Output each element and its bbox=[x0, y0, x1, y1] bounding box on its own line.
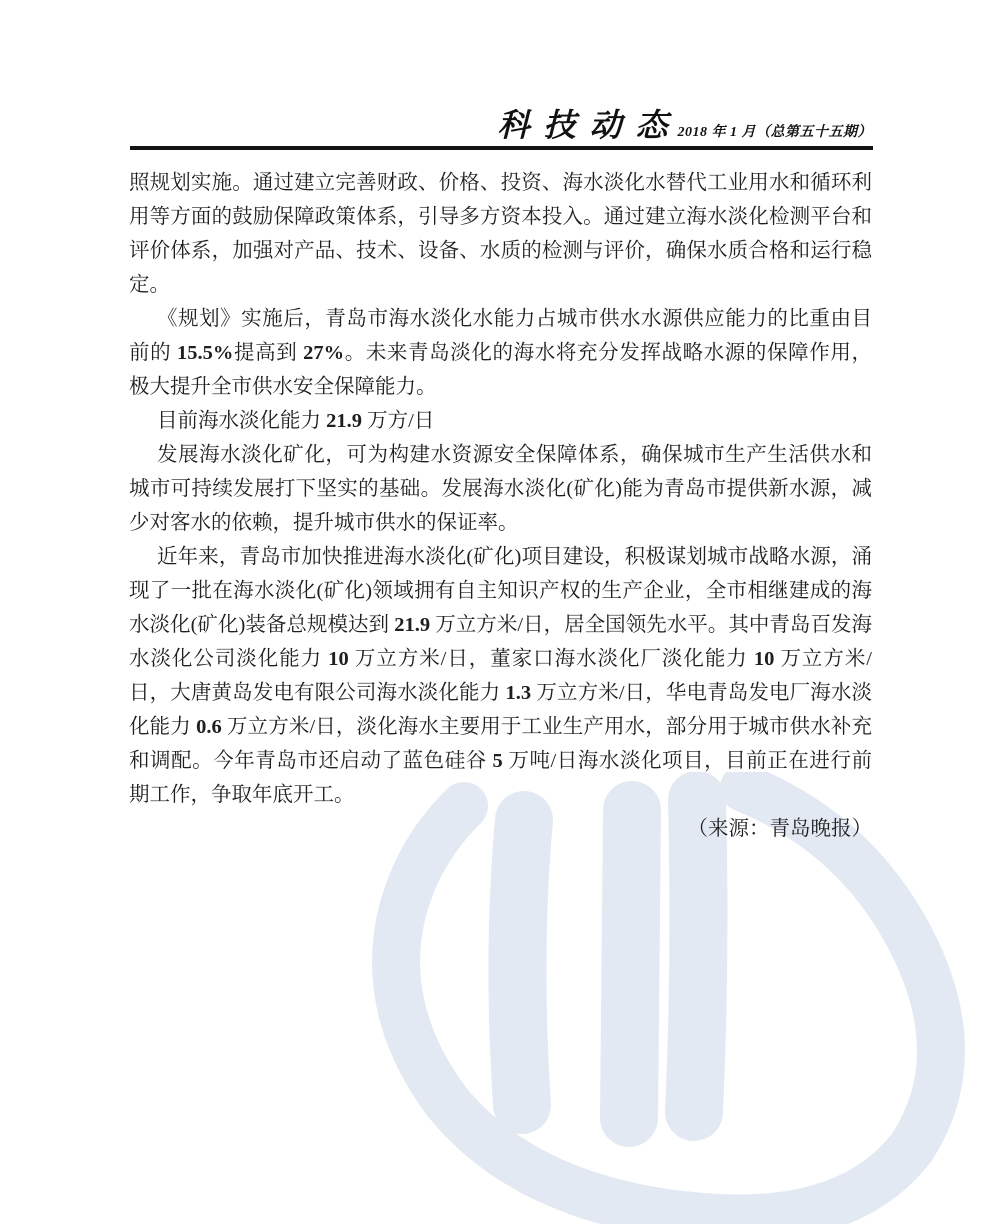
issue-label: 2018 年 1 月（总第五十五期） bbox=[678, 121, 873, 141]
body-paragraph: 《规划》实施后，青岛市海水淡化水能力占城市供水水源供应能力的比重由目前的 15.… bbox=[129, 302, 872, 404]
masthead-title: 科 技 动 态 bbox=[497, 100, 670, 146]
article-body: 照规划实施。通过建立完善财政、价格、投资、海水淡化水替代工业用水和循环利用等方面… bbox=[129, 166, 872, 846]
page-header: 科 技 动 态 2018 年 1 月（总第五十五期） bbox=[497, 100, 872, 146]
body-paragraph: 照规划实施。通过建立完善财政、价格、投资、海水淡化水替代工业用水和循环利用等方面… bbox=[129, 166, 872, 302]
document-page: 科 技 动 态 2018 年 1 月（总第五十五期） 照规划实施。通过建立完善财… bbox=[0, 0, 991, 1224]
body-paragraph: 目前海水淡化能力 21.9 万方/日 bbox=[129, 404, 872, 438]
body-paragraph: 发展海水淡化矿化，可为构建水资源安全保障体系，确保城市生产生活供水和城市可持续发… bbox=[129, 438, 872, 540]
header-rule bbox=[130, 146, 873, 150]
body-paragraph: 近年来，青岛市加快推进海水淡化(矿化)项目建设，积极谋划城市战略水源，涌现了一批… bbox=[129, 540, 872, 812]
source-attribution: （来源：青岛晚报） bbox=[129, 812, 872, 846]
